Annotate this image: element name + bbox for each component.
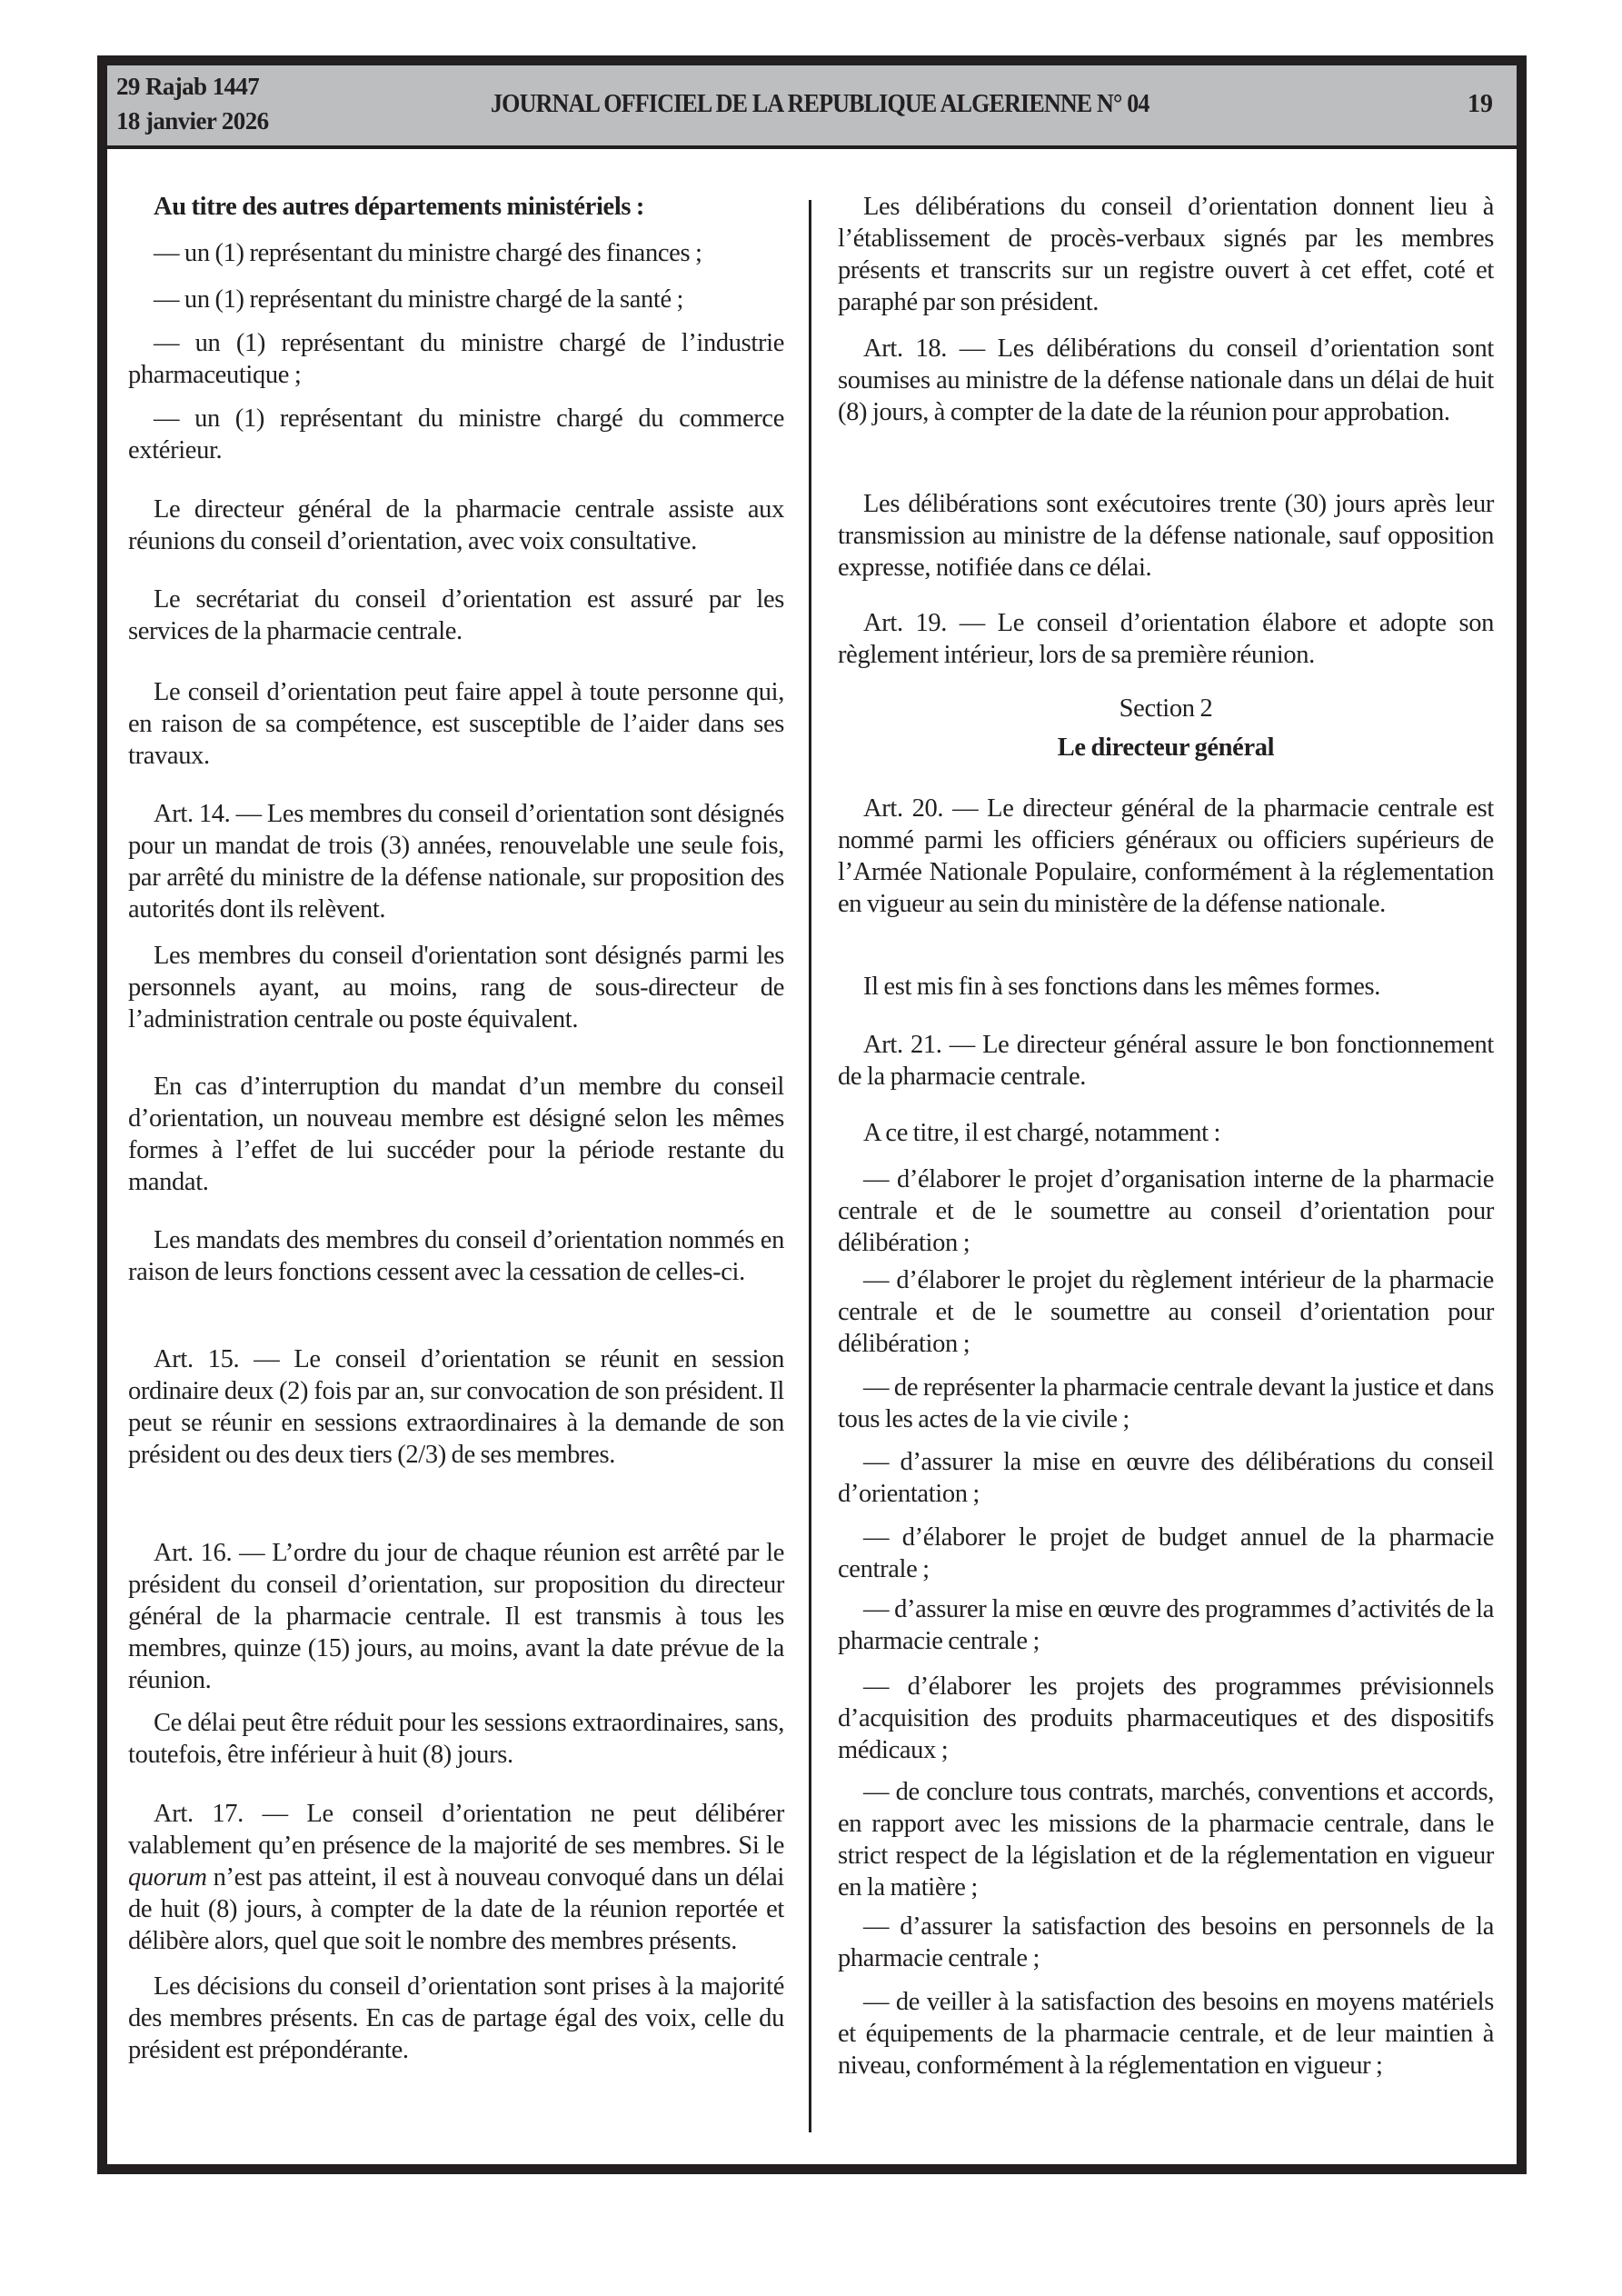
paragraph: Les décisions du conseil d’orientation s… bbox=[128, 1971, 784, 2066]
article-19: Art. 19. — Le conseil d’orientation élab… bbox=[838, 607, 1494, 671]
list-item: — d’élaborer les projets des programmes … bbox=[838, 1671, 1494, 1766]
list-item: — d’assurer la mise en œuvre des délibér… bbox=[838, 1446, 1494, 1510]
section-label: Section 2 bbox=[838, 693, 1494, 724]
paragraph: Ce délai peut être réduit pour les sessi… bbox=[128, 1707, 784, 1771]
subheading-other-ministries: Au titre des autres départements ministé… bbox=[128, 191, 784, 223]
article-17: Art. 17. — Le conseil d’orientation ne p… bbox=[128, 1798, 784, 1957]
list-item: — de représenter la pharmacie centrale d… bbox=[838, 1372, 1494, 1435]
list-item: — un (1) représentant du ministre chargé… bbox=[128, 284, 784, 315]
list-item: — d’assurer la satisfaction des besoins … bbox=[838, 1911, 1494, 1974]
journal-header: 29 Rajab 1447 18 janvier 2026 JOURNAL OF… bbox=[107, 65, 1517, 149]
paragraph: Il est mis fin à ses fonctions dans les … bbox=[838, 971, 1494, 1003]
column-divider bbox=[809, 200, 811, 2132]
hijri-date: 29 Rajab 1447 bbox=[116, 73, 259, 100]
paragraph: A ce titre, il est chargé, notamment : bbox=[838, 1117, 1494, 1149]
article-17-text-start: Art. 17. — Le conseil d’orientation ne p… bbox=[128, 1800, 784, 1860]
article-15: Art. 15. — Le conseil d’orientation se r… bbox=[128, 1343, 784, 1471]
paragraph: Le directeur général de la pharmacie cen… bbox=[128, 494, 784, 557]
list-item: — d’assurer la mise en œuvre des program… bbox=[838, 1593, 1494, 1657]
list-item: — un (1) représentant du ministre chargé… bbox=[128, 403, 784, 466]
article-20: Art. 20. — Le directeur général de la ph… bbox=[838, 793, 1494, 920]
journal-title: JOURNAL OFFICIEL DE LA REPUBLIQUE ALGERI… bbox=[491, 90, 1149, 119]
list-item: — de conclure tous contrats, marchés, co… bbox=[838, 1776, 1494, 1903]
paragraph: Le secrétariat du conseil d’orientation … bbox=[128, 584, 784, 647]
section-title: Le directeur général bbox=[838, 732, 1494, 764]
list-item: — de veiller à la satisfaction des besoi… bbox=[838, 1986, 1494, 2081]
list-item: — un (1) représentant du ministre chargé… bbox=[128, 237, 784, 269]
list-item: — un (1) représentant du ministre chargé… bbox=[128, 327, 784, 391]
list-item: — d’élaborer le projet de budget annuel … bbox=[838, 1522, 1494, 1585]
article-18: Art. 18. — Les délibérations du conseil … bbox=[838, 333, 1494, 428]
paragraph: En cas d’interruption du mandat d’un mem… bbox=[128, 1071, 784, 1198]
article-16: Art. 16. — L’ordre du jour de chaque réu… bbox=[128, 1537, 784, 1696]
paragraph: Les membres du conseil d'orientation son… bbox=[128, 940, 784, 1035]
paragraph: Les mandats des membres du conseil d’ori… bbox=[128, 1224, 784, 1288]
quorum-italic: quorum bbox=[128, 1863, 207, 1892]
paragraph: Les délibérations sont exécutoires trent… bbox=[838, 488, 1494, 584]
gregorian-date: 18 janvier 2026 bbox=[116, 107, 269, 135]
list-item: — d’élaborer le projet d’organisation in… bbox=[838, 1163, 1494, 1259]
article-21: Art. 21. — Le directeur général assure l… bbox=[838, 1029, 1494, 1093]
paragraph: Les délibérations du conseil d’orientati… bbox=[838, 191, 1494, 318]
article-17-text-end: n’est pas atteint, il est à nouveau conv… bbox=[128, 1863, 784, 1955]
paragraph: Le conseil d’orientation peut faire appe… bbox=[128, 676, 784, 772]
article-14: Art. 14. — Les membres du conseil d’orie… bbox=[128, 798, 784, 925]
list-item: — d’élaborer le projet du règlement inté… bbox=[838, 1264, 1494, 1360]
page-number: 19 bbox=[1468, 90, 1493, 119]
